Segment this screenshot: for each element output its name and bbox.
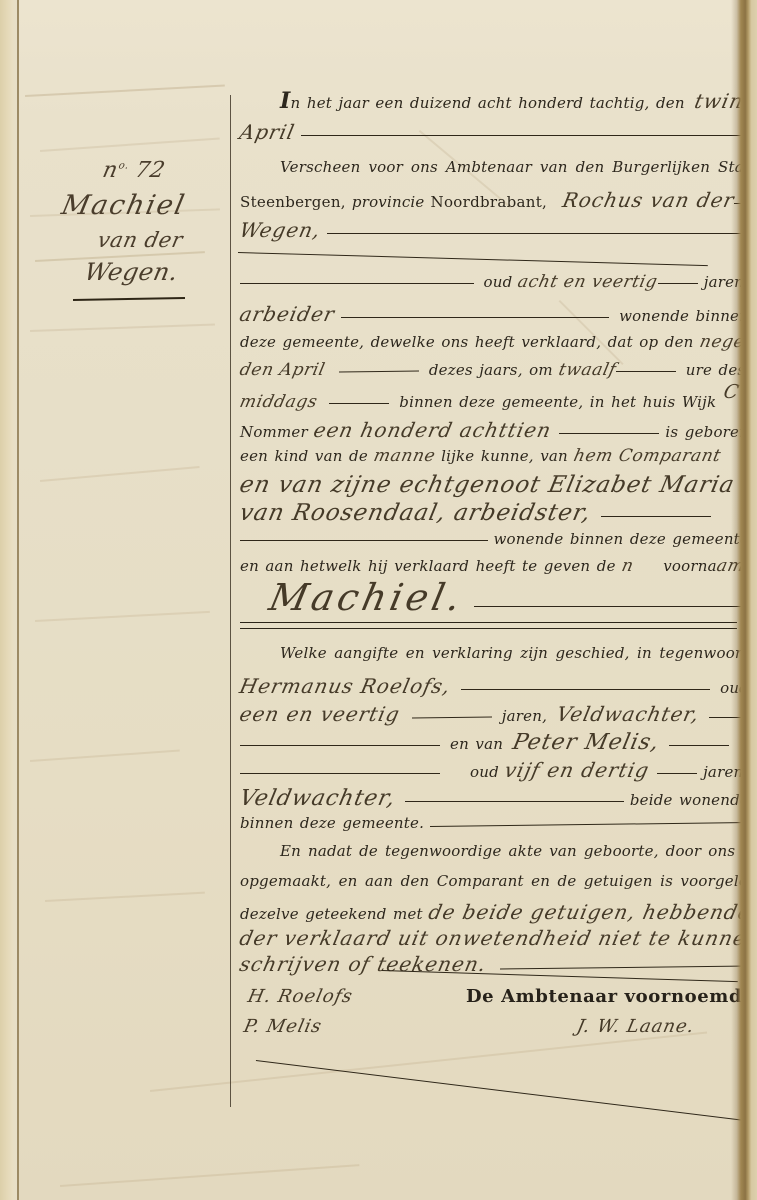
double-rule bbox=[240, 622, 737, 629]
printed-text: en van bbox=[450, 735, 503, 753]
line-signatures-2: P. Melis J. W. Laane. bbox=[240, 1016, 749, 1046]
handwritten-mother: en van zijne echtgenoot Elizabet Maria bbox=[237, 472, 737, 498]
printed-text: een kind van de bbox=[240, 447, 368, 465]
handwritten-closing: der verklaard uit onwetendheid niet te k… bbox=[237, 926, 757, 950]
printed-text: In het jaar een duizend acht honderd tac… bbox=[280, 88, 685, 114]
printed-text: provincie bbox=[352, 193, 425, 211]
blank-rule bbox=[658, 283, 698, 284]
margin-child-name: Machiel bbox=[59, 190, 189, 221]
witness2-signature: P. Melis bbox=[242, 1016, 324, 1037]
handwritten-occupation: arbeider bbox=[237, 302, 337, 326]
handwritten-witness1-age: een en veertig bbox=[237, 702, 402, 726]
act-number: no. 72 bbox=[100, 158, 167, 183]
printed-text: jaren, bbox=[502, 707, 547, 725]
bleedthrough-mark bbox=[35, 611, 210, 622]
line-appeared: Verscheen voor ons Ambtenaar van den Bur… bbox=[240, 158, 749, 184]
line-closing1: En nadat de tegenwoordige akte van geboo… bbox=[240, 842, 749, 868]
blank-rule bbox=[461, 689, 711, 690]
handwritten-birthday: den April bbox=[238, 360, 327, 380]
line-daypart: middags binnen deze gemeente, in het hui… bbox=[240, 390, 749, 416]
line-closing4: der verklaard uit onwetendheid niet te k… bbox=[240, 926, 749, 952]
bleedthrough-mark bbox=[60, 1164, 359, 1187]
handwritten-closing: de beide getuigen, hebbende de Va- bbox=[426, 900, 757, 924]
line-municipality: Steenbergen, provincie Noordbrabant, Roc… bbox=[240, 188, 749, 214]
handwritten-witness1-name: Hermanus Roelofs, bbox=[237, 674, 453, 698]
printed-text: wonende binnen deze gemeente bbox=[494, 530, 750, 548]
printed-text: Nommer bbox=[240, 423, 308, 441]
printed-text: binnen deze gemeente, in het huis Wijk bbox=[399, 393, 716, 411]
official-title: De Ambtenaar voornoemd, bbox=[466, 986, 749, 1007]
line-witness1: Hermanus Roelofs, oud bbox=[240, 674, 749, 700]
printed-text: deze gemeente, dewelke ons heeft verklaa… bbox=[240, 333, 694, 351]
blank-rule bbox=[500, 965, 749, 969]
line-year: In het jaar een duizend acht honderd tac… bbox=[240, 88, 749, 114]
official-signature: J. W. Laane. bbox=[574, 1016, 696, 1037]
printed-text: En nadat de tegenwoordige akte van geboo… bbox=[280, 842, 757, 860]
blank-rule bbox=[669, 745, 729, 746]
printed-text: oud bbox=[470, 763, 499, 781]
margin-underline bbox=[73, 297, 185, 301]
blank-rule bbox=[329, 403, 389, 404]
line-closing2: opgemaakt, en aan den Comparant en de ge… bbox=[240, 872, 749, 898]
line-housenumber: Nommer een honderd achttien is geboren bbox=[240, 418, 749, 444]
municipality: Steenbergen, bbox=[240, 193, 346, 211]
printed-text: oud bbox=[484, 273, 513, 291]
line-child-name: Machiel. bbox=[240, 576, 749, 620]
child-given-name: Machiel. bbox=[265, 576, 468, 619]
line-witness-residence: binnen deze gemeente. bbox=[240, 814, 749, 840]
printed-text: en aan hetwelk hij verklaard heeft te ge… bbox=[240, 557, 616, 575]
line-occupation: arbeider wonende binnen bbox=[240, 302, 749, 328]
blank-rule bbox=[240, 773, 440, 774]
handwritten-month: April bbox=[237, 120, 297, 144]
blank-rule bbox=[240, 540, 488, 541]
page-right-edge bbox=[731, 0, 757, 1200]
blank-rule bbox=[430, 822, 749, 827]
line-declarant2: Wegen, bbox=[240, 218, 749, 244]
printed-text: dezelve geteekend met bbox=[240, 905, 423, 923]
line-witness2-age: oud vijf en dertig jaren, bbox=[240, 758, 749, 784]
blank-rule bbox=[474, 606, 749, 607]
line-witness-intro: Welke aangifte en verklaring zijn geschi… bbox=[240, 644, 749, 670]
margin-child-name: van der bbox=[95, 228, 185, 252]
bleedthrough-mark bbox=[40, 137, 220, 152]
blank-rule bbox=[405, 801, 623, 802]
blank-rule bbox=[240, 745, 440, 746]
bleedthrough-mark bbox=[45, 892, 205, 902]
blank-rule bbox=[240, 283, 474, 284]
printed-text: Welke aangifte en verklaring zijn geschi… bbox=[280, 644, 757, 662]
bleedthrough-mark bbox=[40, 466, 200, 482]
blank-rule bbox=[412, 717, 492, 719]
handwritten-declarant: Wegen, bbox=[237, 218, 323, 242]
printed-text: binnen deze gemeente. bbox=[240, 814, 424, 832]
line-declared: deze gemeente, dewelke ons heeft verklaa… bbox=[240, 332, 749, 358]
handwritten-witness1-occupation: Veldwachter, bbox=[554, 702, 701, 726]
blank-rule bbox=[601, 516, 711, 517]
handwritten-declarant: Rochus van der bbox=[561, 188, 737, 212]
blank-rule bbox=[339, 371, 419, 373]
bleedthrough-mark bbox=[25, 85, 225, 97]
printed-text: dezes jaars, om bbox=[429, 361, 553, 379]
printed-text: opgemaakt, en aan den Comparant en de ge… bbox=[240, 872, 757, 890]
printed-text: voorna bbox=[663, 557, 717, 575]
line-mother1: en van zijne echtgenoot Elizabet Maria bbox=[240, 472, 749, 502]
blank-rule bbox=[301, 135, 749, 136]
bleedthrough-mark bbox=[30, 750, 180, 762]
blank-rule bbox=[341, 317, 609, 318]
act-number-value: 72 bbox=[133, 158, 168, 183]
handwritten-housenumber: een honderd achttien bbox=[311, 418, 553, 442]
handwritten-witness2-name: Peter Melis, bbox=[510, 730, 661, 755]
handwritten-age: acht en veertig bbox=[516, 272, 660, 292]
line-witness2-occupation: Veldwachter, beide wonende bbox=[240, 786, 749, 812]
line-birthdate: den April dezes jaars, om twaalf ure des bbox=[240, 360, 749, 386]
blank-rule bbox=[559, 433, 659, 434]
initial-capital: I bbox=[280, 88, 291, 114]
birth-certificate-scan: no. 72 Machiel van der Wegen. In het jaa… bbox=[0, 0, 757, 1200]
act-number-o: o. bbox=[118, 161, 131, 172]
line-mother-residence: wonende binnen deze gemeente bbox=[240, 530, 749, 556]
line-month: April bbox=[240, 120, 749, 146]
handwritten-gender: manne bbox=[372, 446, 437, 466]
handwritten-daypart: middags bbox=[238, 392, 320, 412]
closing-diagonal-rule bbox=[256, 1060, 752, 1122]
handwritten-witness2-occupation: Veldwachter, bbox=[237, 786, 398, 811]
line-signatures-1: H. Roelofs De Ambtenaar voornoemd, bbox=[240, 986, 749, 1016]
margin-child-name: Wegen. bbox=[82, 258, 181, 286]
blank-rule bbox=[327, 233, 749, 234]
line-mother2: van Roosendaal, arbeidster, bbox=[240, 500, 749, 530]
witness1-signature: H. Roelofs bbox=[246, 986, 355, 1007]
handwritten-n: n bbox=[620, 556, 636, 576]
blank-rule bbox=[238, 252, 708, 266]
printed-text: Verscheen voor ons Ambtenaar van den Bur… bbox=[280, 158, 757, 176]
printed-text: lijke kunne, van bbox=[441, 447, 568, 465]
line-witness2: en van Peter Melis, bbox=[240, 730, 749, 756]
handwritten-father: hem Comparant bbox=[572, 446, 723, 466]
handwritten-witness2-age: vijf en dertig bbox=[502, 758, 651, 782]
bleedthrough-mark bbox=[30, 324, 215, 332]
line-witness1-age: een en veertig jaren, Veldwachter, bbox=[240, 702, 749, 728]
province: Noordbrabant, bbox=[431, 193, 548, 211]
line-age: oud acht en veertig jaren, bbox=[240, 272, 749, 298]
blank-rule bbox=[657, 773, 697, 774]
handwritten-mother: van Roosendaal, arbeidster, bbox=[237, 500, 593, 526]
book-binding-edge bbox=[0, 0, 19, 1200]
line-gender: een kind van de manne lijke kunne, van h… bbox=[240, 446, 749, 472]
blank-rule bbox=[616, 371, 676, 372]
handwritten-hour: twaalf bbox=[557, 360, 618, 380]
printed-text: wonende binnen bbox=[619, 307, 749, 325]
margin-divider-rule bbox=[230, 95, 231, 1107]
line-closing3: dezelve geteekend met de beide getuigen,… bbox=[240, 900, 749, 926]
